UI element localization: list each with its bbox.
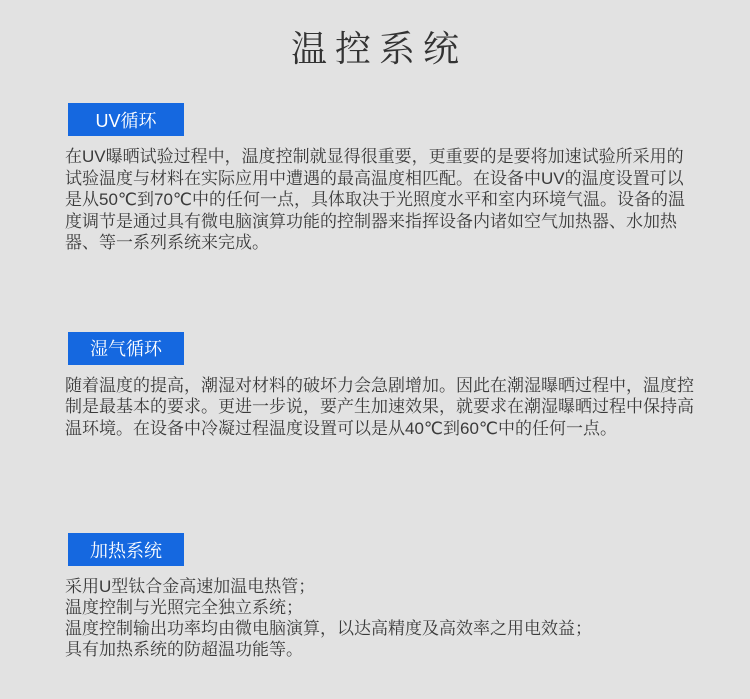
page-title: 温控系统 — [0, 0, 750, 70]
section-heating-system: 加热系统 采用U型钛合金高速加温电热管； 温度控制与光照完全独立系统； 温度控制… — [0, 533, 750, 660]
section-moisture-cycle: 湿气循环 随着温度的提高，潮湿对材料的破坏力会急剧增加。因此在潮湿曝晒过程中，温… — [0, 332, 750, 440]
section-badge-moisture-cycle: 湿气循环 — [68, 332, 184, 365]
temperature-control-page: 温控系统 UV循环 在UV曝晒试验过程中，温度控制就显得很重要，更重要的是要将加… — [0, 0, 750, 699]
section-uv-cycle: UV循环 在UV曝晒试验过程中，温度控制就显得很重要，更重要的是要将加速试验所采… — [0, 103, 750, 254]
heating-feature-line: 采用U型钛合金高速加温电热管； — [65, 576, 697, 597]
section-badge-uv-cycle: UV循环 — [68, 103, 184, 136]
section-badge-heating-system: 加热系统 — [68, 533, 184, 566]
section-badge-label: UV循环 — [95, 107, 156, 133]
section-badge-label: 加热系统 — [90, 537, 162, 563]
heating-feature-list: 采用U型钛合金高速加温电热管； 温度控制与光照完全独立系统； 温度控制输出功率均… — [0, 576, 750, 660]
section-paragraph-moisture-cycle: 随着温度的提高，潮湿对材料的破坏力会急剧增加。因此在潮湿曝晒过程中，温度控制是最… — [65, 375, 697, 440]
section-paragraph-uv-cycle: 在UV曝晒试验过程中，温度控制就显得很重要，更重要的是要将加速试验所采用的试验温… — [65, 146, 697, 254]
heating-feature-line: 具有加热系统的防超温功能等。 — [65, 639, 697, 660]
heating-feature-line: 温度控制输出功率均由微电脑演算，以达高精度及高效率之用电效益； — [65, 618, 697, 639]
section-badge-label: 湿气循环 — [90, 335, 162, 361]
heating-feature-line: 温度控制与光照完全独立系统； — [65, 597, 697, 618]
